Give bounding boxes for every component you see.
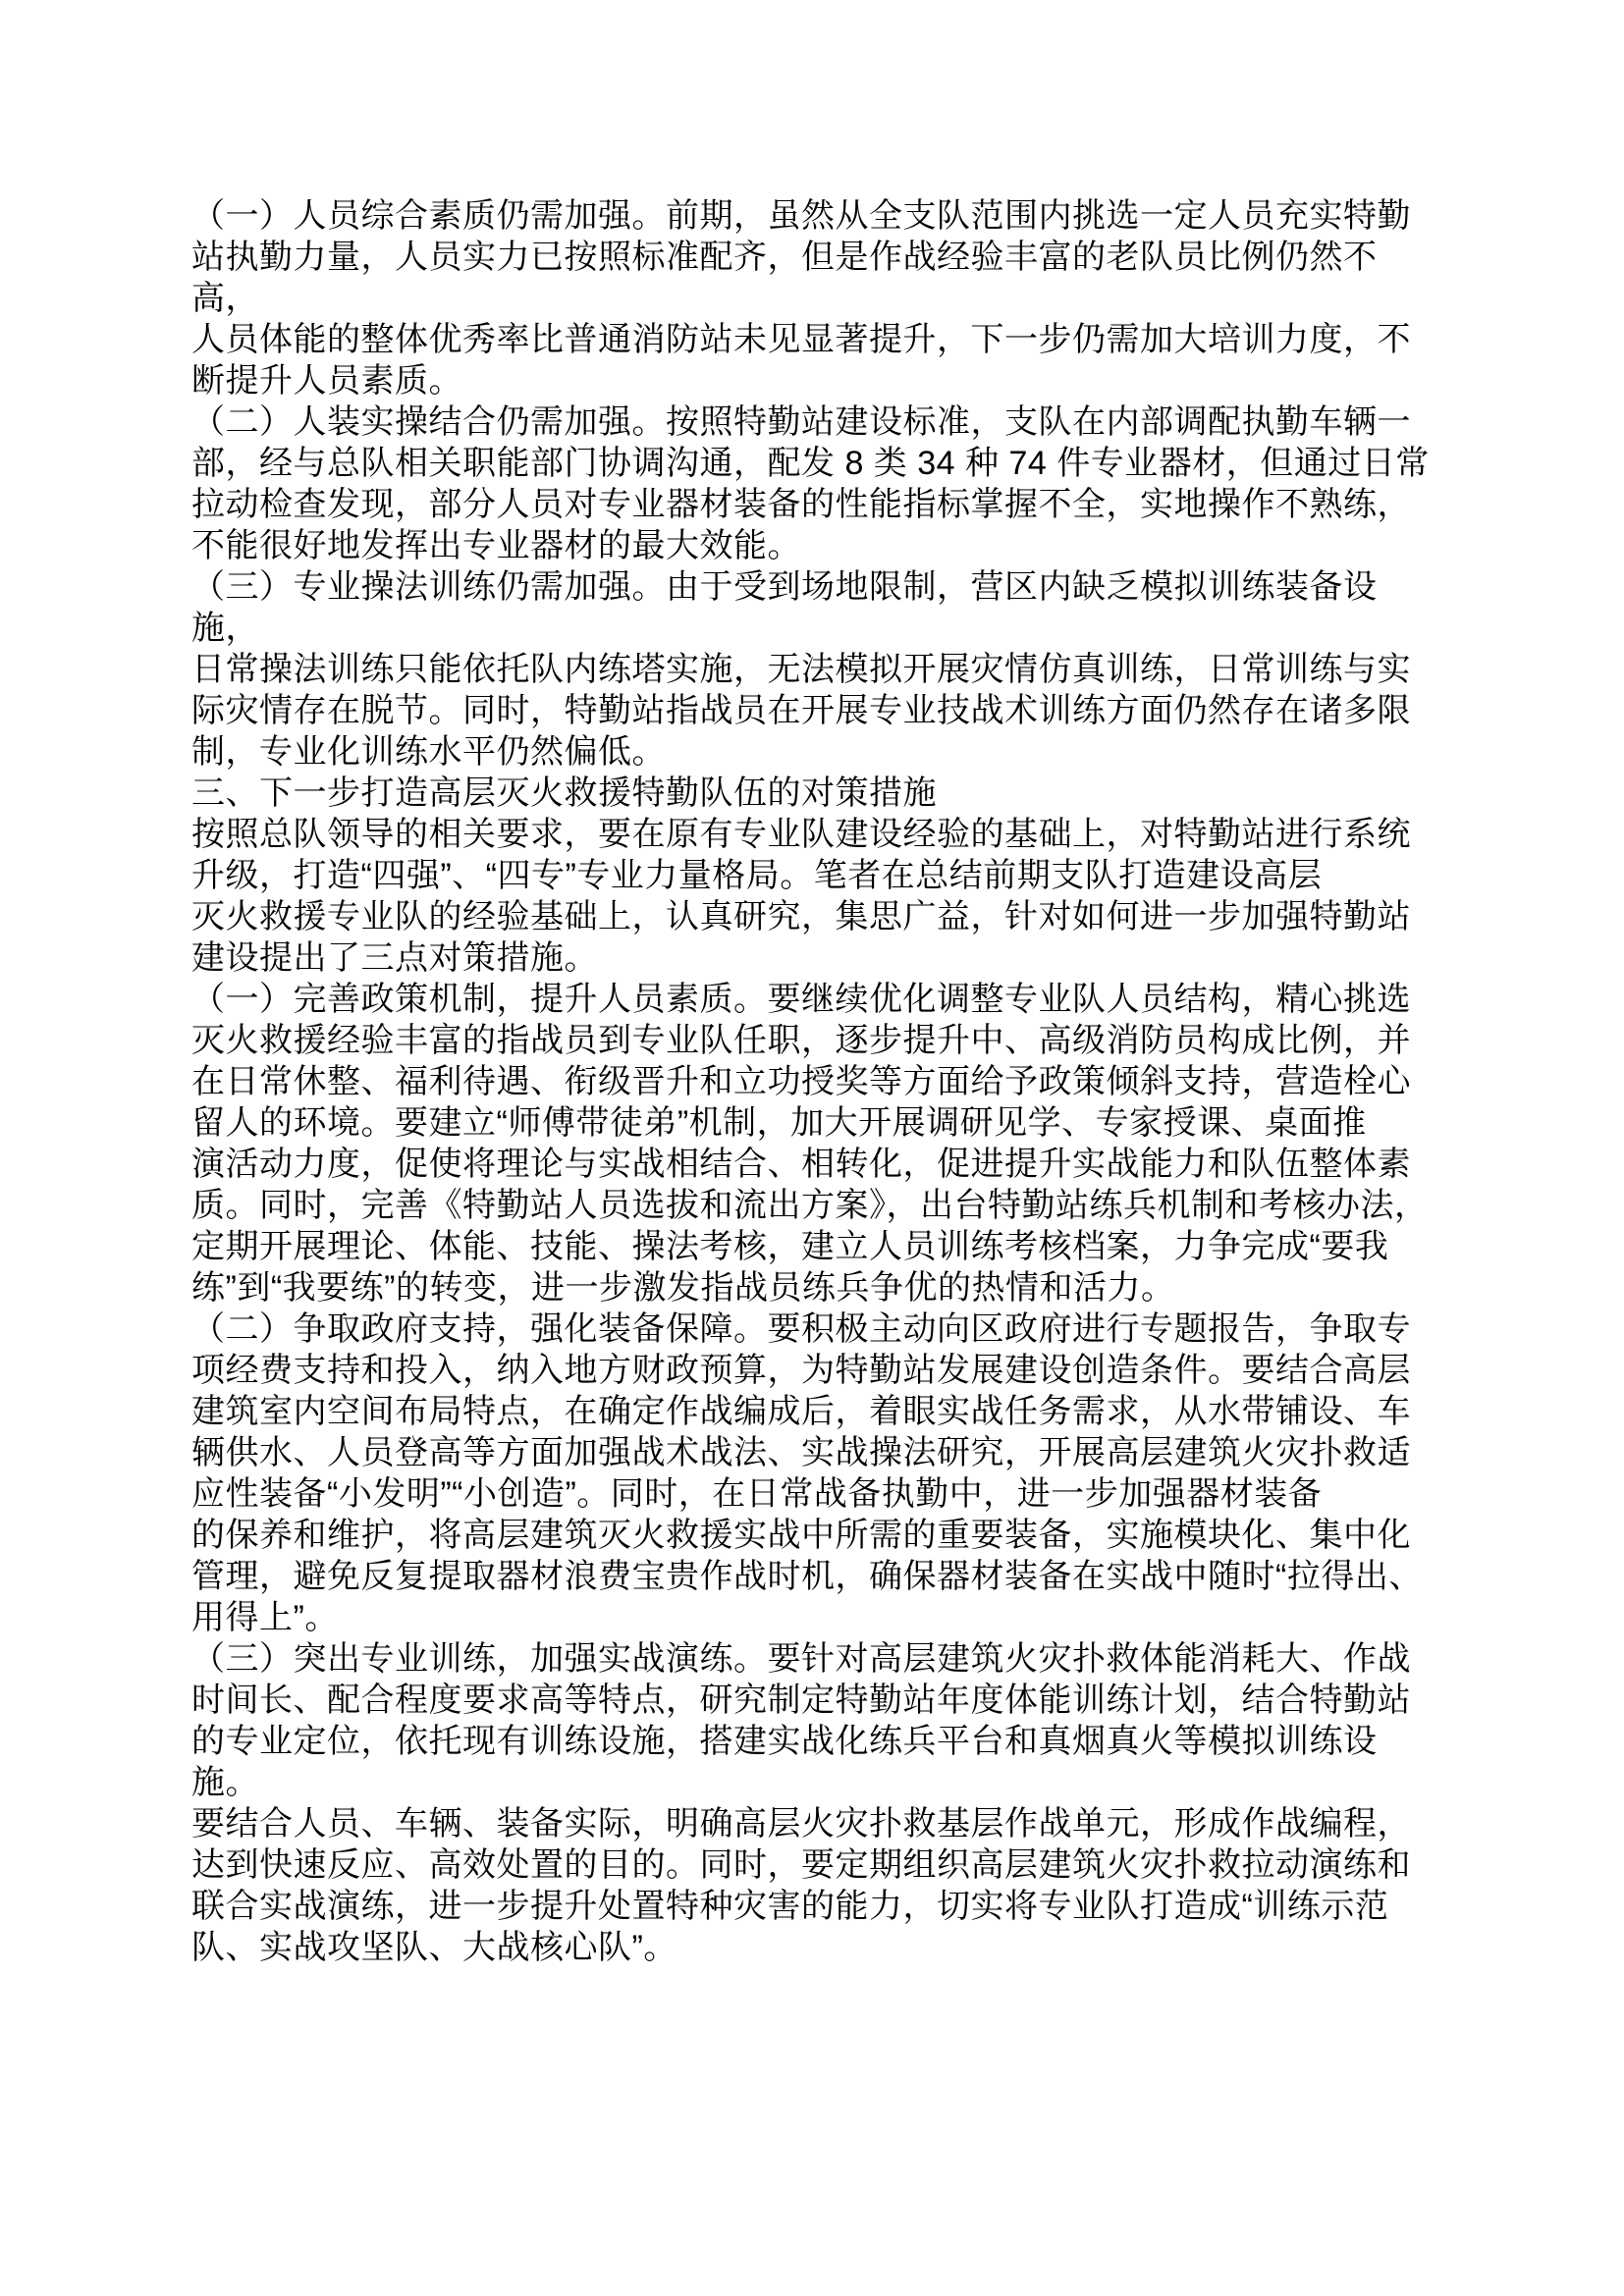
paragraph-issue-equipment-practice: （二）人装实操结合仍需加强。按照特勤站建设标准，支队在内部调配执勤车辆一 部，经…	[191, 401, 1431, 566]
paragraph-measure-policy-mechanism: （一）完善政策机制，提升人员素质。要继续优化调整专业队人员结构，精心挑选 灭火救…	[191, 979, 1431, 1308]
document-body: （一）人员综合素质仍需加强。前期，虽然从全支队范围内挑选一定人员充实特勤 站执勤…	[191, 195, 1431, 1968]
paragraph-measure-government-support: （二）争取政府支持，强化装备保障。要积极主动向区政府进行专题报告，争取专 项经费…	[191, 1308, 1431, 1638]
paragraph-measure-professional-training: （三）突出专业训练，加强实战演练。要针对高层建筑火灾扑救体能消耗大、作战 时间长…	[191, 1638, 1431, 1968]
paragraph-countermeasures-intro: 按照总队领导的相关要求，要在原有专业队建设经验的基础上，对特勤站进行系统 升级，…	[191, 814, 1431, 979]
paragraph-issue-personnel-quality: （一）人员综合素质仍需加强。前期，虽然从全支队范围内挑选一定人员充实特勤 站执勤…	[191, 195, 1431, 401]
document-page: （一）人员综合素质仍需加强。前期，虽然从全支队范围内挑选一定人员充实特勤 站执勤…	[0, 0, 1624, 2296]
paragraph-issue-training-methods: （三）专业操法训练仍需加强。由于受到场地限制，营区内缺乏模拟训练装备设施， 日常…	[191, 566, 1431, 773]
section-heading-countermeasures: 三、下一步打造高层灭火救援特勤队伍的对策措施	[191, 773, 1431, 814]
